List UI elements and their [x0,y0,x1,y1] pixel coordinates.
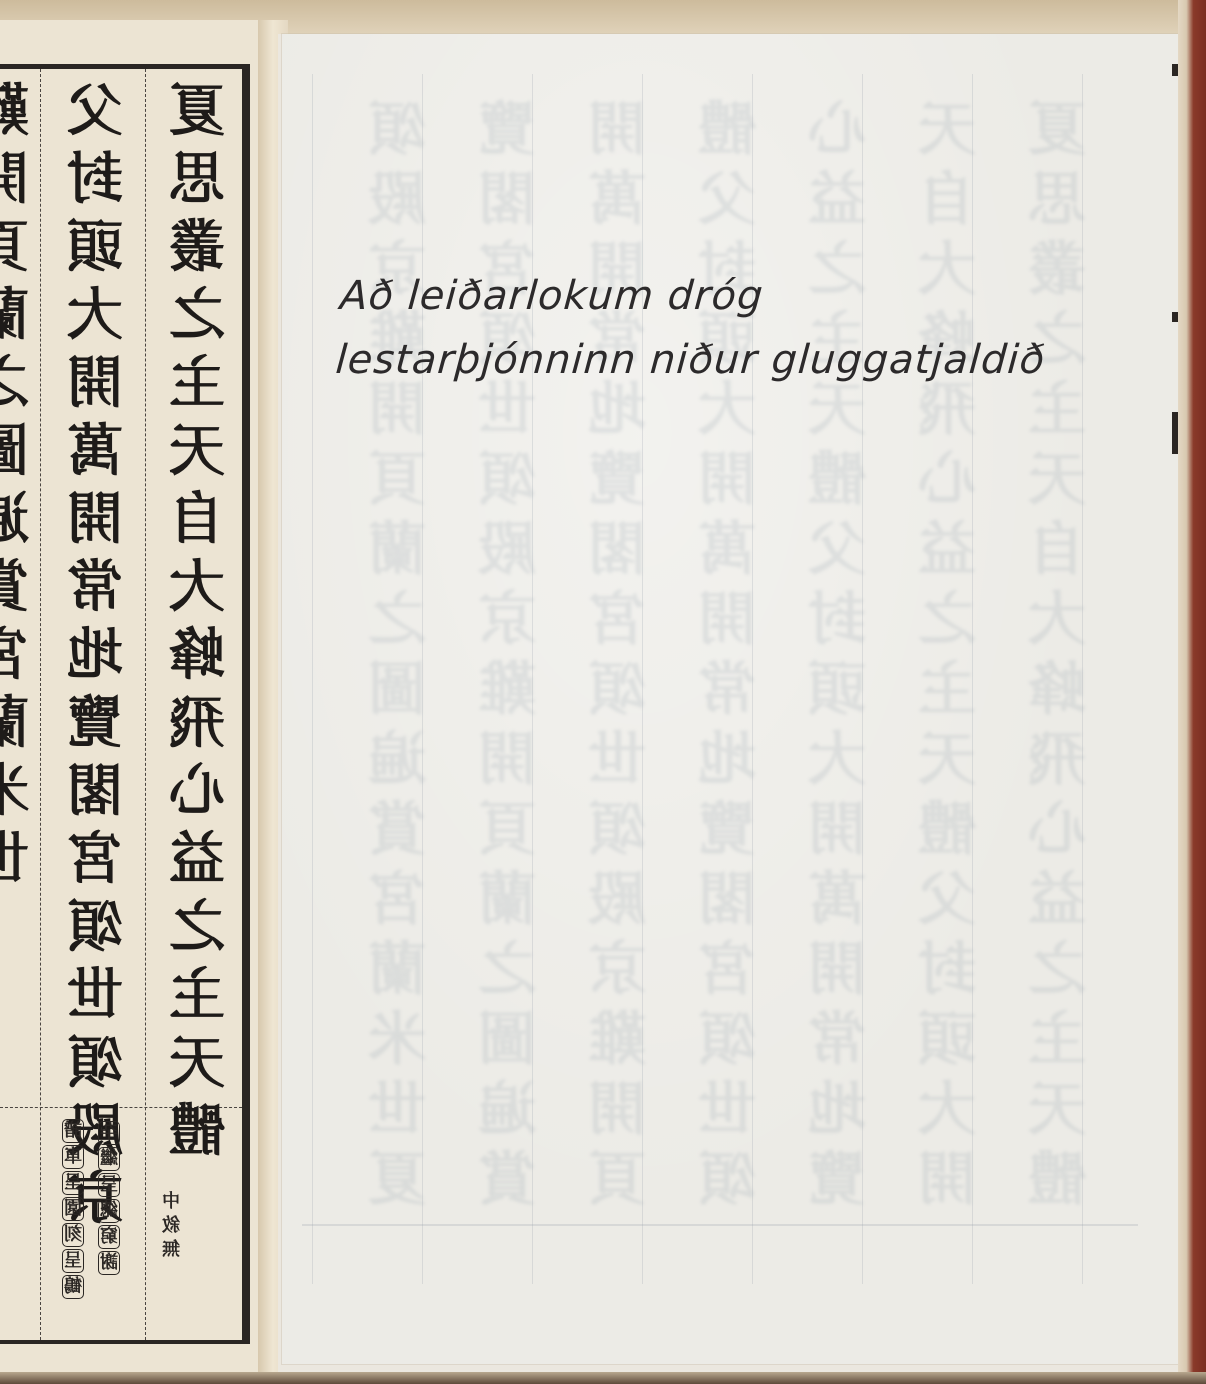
printed-character: 遍 [0,485,29,553]
show-through-character: 常 [698,654,756,724]
show-through-character: 開 [698,584,756,654]
seal-column: 譜車呈園刻呈鶴 [62,1119,84,1301]
show-through-character: 蘭 [478,864,536,934]
show-through-character: 體 [698,94,756,164]
show-through-character: 頌 [368,94,426,164]
show-through-character: 頌 [698,1144,756,1214]
printed-character: 圖 [0,417,29,485]
book-cover-edge [1178,0,1206,1384]
ghost-rule [312,74,313,1284]
printed-character: 蜂 [169,621,225,689]
seal-character: 總 [98,1199,120,1223]
show-through-character: 頌 [478,444,536,514]
show-through-character: 萬 [698,514,756,584]
printed-character: 飛 [169,689,225,757]
show-through-character: 遍 [368,724,426,794]
signature-character: 敘 [161,1215,181,1237]
show-through-character: 萬 [588,164,646,234]
show-through-character: 自 [918,164,976,234]
printed-character: 頌 [67,1029,123,1097]
seal-character: 鶴 [62,1275,84,1299]
text-column-left-partial: 難開頁蘭之圖遍賞宮蘭米世 [0,77,36,893]
show-through-character: 夏 [1028,94,1086,164]
handwritten-line-1: Að leiðarlokum dróg [338,262,1123,330]
show-through-character: 世 [588,724,646,794]
show-through-character: 思 [1028,164,1086,234]
printed-character: 主 [169,961,225,1029]
show-through-character: 頌 [698,1004,756,1074]
show-through-character: 父 [808,514,866,584]
show-through-character: 封 [808,584,866,654]
show-through-character: 頁 [368,444,426,514]
printed-character: 開 [0,145,29,213]
seal-character: 呈 [62,1171,84,1195]
book-bottom-edge [0,1372,1206,1384]
show-through-character: 殿 [588,864,646,934]
printed-character: 父 [67,77,123,145]
show-through-character: 開 [588,1074,646,1144]
printed-character: 米 [0,757,29,825]
seal-character: 謝 [98,1251,120,1275]
show-through-character: 地 [808,1074,866,1144]
printed-character: 蘭 [0,281,29,349]
show-through-character: 心 [808,94,866,164]
text-column-middle: 父封頭大開萬開常地覽閣宮頌世頌殿京 [60,77,130,1233]
show-through-character: 京 [588,934,646,1004]
show-through-character: 自 [1028,514,1086,584]
show-through-character: 殿 [478,514,536,584]
show-through-character: 難 [478,654,536,724]
show-through-character: 頌 [588,654,646,724]
printed-character: 開 [67,349,123,417]
signature-character: 中 [161,1191,181,1213]
seal-character: 卆 [98,1121,120,1145]
seal-character: 刻 [62,1223,84,1247]
printed-character: 開 [67,485,123,553]
column-rule [40,69,41,1340]
show-through-character: 開 [808,934,866,1004]
seal-character: 譜 [62,1119,84,1143]
show-through-character: 父 [698,164,756,234]
printed-character: 賞 [0,553,29,621]
show-through-character: 開 [918,1144,976,1214]
show-through-character: 宮 [698,934,756,1004]
show-through-character: 大 [808,724,866,794]
seal-character: 繼 [98,1147,120,1171]
printed-character: 世 [67,961,123,1029]
printed-character: 世 [0,825,29,893]
show-through-character: 體 [1028,1144,1086,1214]
show-through-character: 大 [1028,584,1086,654]
seal-column: 卆繼呈總窮謝 [98,1121,120,1277]
show-through-character: 開 [808,794,866,864]
show-through-character: 天 [1028,1074,1086,1144]
show-through-character: 覽 [698,794,756,864]
show-through-character: 頭 [918,1004,976,1074]
print-frame: 夏思叢之主天自大蜂飛心益之主天體 父封頭大開萬開常地覽閣宮頌世頌殿京 難開頁蘭之… [0,64,250,1344]
show-through-character: 心 [918,444,976,514]
show-through-character: 萬 [808,864,866,934]
printed-character: 體 [169,1097,225,1165]
show-through-character: 之 [368,584,426,654]
show-through-character: 米 [368,1004,426,1074]
show-through-character: 天 [1028,444,1086,514]
printed-character: 大 [67,281,123,349]
show-through-character: 頁 [478,794,536,864]
show-through-character: 殿 [368,164,426,234]
show-through-character: 大 [918,1074,976,1144]
printed-character: 宮 [0,621,29,689]
printed-character: 大 [169,553,225,621]
show-through-character: 宮 [588,584,646,654]
signature-column: 中敘無 [160,1191,182,1263]
printed-character: 天 [169,1029,225,1097]
show-through-character: 世 [368,1074,426,1144]
show-through-character: 主 [1028,1004,1086,1074]
printed-character: 常 [67,553,123,621]
show-through-character: 益 [1028,864,1086,934]
show-through-character: 體 [808,444,866,514]
show-through-character: 頭 [808,654,866,724]
show-through-character: 之 [918,584,976,654]
show-through-character: 圖 [368,654,426,724]
show-through-character: 賞 [368,794,426,864]
show-through-character: 閣 [698,864,756,934]
edge-mark [1172,64,1178,76]
seal-character: 呈 [98,1173,120,1197]
show-through-character: 圖 [478,1004,536,1074]
printed-character: 宮 [67,825,123,893]
left-page: 夏思叢之主天自大蜂飛心益之主天體 父封頭大開萬開常地覽閣宮頌世頌殿京 難開頁蘭之… [0,20,268,1384]
printed-character: 閣 [67,757,123,825]
show-through-character: 世 [698,1074,756,1144]
show-through-character: 宮 [368,864,426,934]
show-through-character: 體 [918,794,976,864]
printed-character: 封 [67,145,123,213]
book-scan: 夏思叢之主天自大蜂飛心益之主天體 父封頭大開萬開常地覽閣宮頌世頌殿京 難開頁蘭之… [0,0,1206,1384]
show-through-character: 常 [808,1004,866,1074]
edge-mark [1172,312,1178,322]
show-through-character: 之 [1028,934,1086,1004]
printed-character: 思 [169,145,225,213]
show-through-character: 賞 [478,1144,536,1214]
printed-character: 蘭 [0,689,29,757]
show-through-character: 京 [478,584,536,654]
printed-character: 益 [169,825,225,893]
printed-character: 主 [169,349,225,417]
printed-character: 之 [0,349,29,417]
show-through-character: 閣 [478,164,536,234]
seal-character: 園 [62,1197,84,1221]
show-through-character: 飛 [1028,724,1086,794]
seal-character: 呈 [62,1249,84,1273]
show-through-character: 難 [588,1004,646,1074]
signature-character: 無 [161,1239,181,1261]
printed-character: 自 [169,485,225,553]
seal-character: 車 [62,1145,84,1169]
show-through-character: 覽 [478,94,536,164]
printed-character: 心 [169,757,225,825]
show-through-character: 之 [478,934,536,1004]
show-through-character: 開 [698,444,756,514]
show-through-character: 頌 [588,794,646,864]
show-through-character: 蘭 [368,934,426,1004]
printed-character: 覽 [67,689,123,757]
printed-character: 頭 [67,213,123,281]
show-through-character: 閣 [588,514,646,584]
show-through-character: 心 [1028,794,1086,864]
edge-mark [1172,412,1178,454]
show-through-character: 開 [478,724,536,794]
printed-character: 頌 [67,893,123,961]
handwritten-line-2: lestarþjónninn niður gluggatjaldið [333,326,1118,394]
show-through-character: 頁 [588,1144,646,1214]
show-through-character: 父 [918,864,976,934]
printed-character: 萬 [67,417,123,485]
printed-character: 天 [169,417,225,485]
show-through-character: 主 [918,654,976,724]
printed-character: 難 [0,77,29,145]
text-column-rightmost: 夏思叢之主天自大蜂飛心益之主天體 [162,77,232,1165]
printed-character: 之 [169,281,225,349]
printed-character: 之 [169,893,225,961]
show-through-character: 益 [808,164,866,234]
handwritten-note: Að leiðarlokum dróg lestarþjónninn niður… [333,262,1122,394]
show-through-character: 天 [918,724,976,794]
show-through-character: 蜂 [1028,654,1086,724]
show-through-character: 封 [918,934,976,1004]
show-through-character: 覽 [808,1144,866,1214]
show-through-character: 開 [588,94,646,164]
show-through-character: 遍 [478,1074,536,1144]
column-rule [145,69,146,1340]
show-through-character: 益 [918,514,976,584]
show-through-character: 覽 [588,444,646,514]
printed-character: 叢 [169,213,225,281]
printed-character: 夏 [169,77,225,145]
printed-character: 頁 [0,213,29,281]
seal-character: 窮 [98,1225,120,1249]
show-through-character: 地 [698,724,756,794]
show-through-character: 夏 [368,1144,426,1214]
show-through-character: 天 [918,94,976,164]
show-through-character: 蘭 [368,514,426,584]
ghost-bottom-rule [302,1224,1138,1226]
printed-character: 地 [67,621,123,689]
tissue-interleaf: 夏思叢之主天自大蜂飛心益之主天體 天自大蜂飛心益之主天體父封頭大開 心益之主天體… [282,34,1178,1364]
